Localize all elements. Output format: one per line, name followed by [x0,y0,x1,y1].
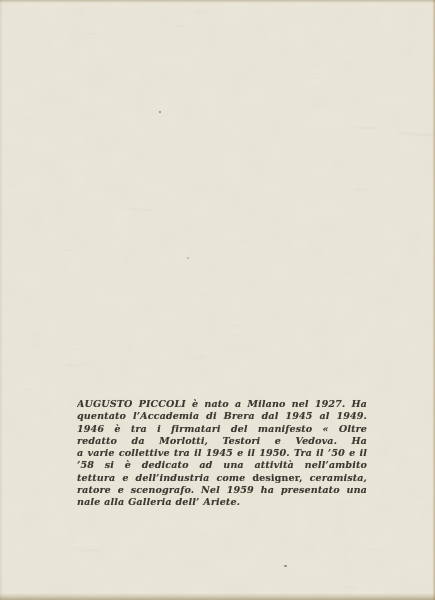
paper-speck [159,111,161,113]
biography-line: ’58 si è dedicato ad una attività nell’a… [77,460,367,472]
biography-line: 1946 è tra i firmatari del manifesto « O… [77,424,367,436]
paper-texture [0,0,435,600]
biography-line: redatto da Morlotti, Testori e Vedova. H… [77,436,367,448]
page-edge-left [0,0,3,600]
page-edge-top [0,0,435,3]
biography-paragraph: AUGUSTO PICCOLI è nato a Milano nel 1927… [77,399,367,509]
book-page: AUGUSTO PICCOLI è nato a Milano nel 1927… [0,0,435,600]
biography-line: nale alla Galleria dell’ Ariete. [77,497,367,509]
page-edge-bottom [0,593,435,600]
biography-line: ratore e scenografo. Nel 1959 ha present… [77,485,367,497]
paper-speck [284,565,287,567]
biography-line: a varie collettive tra il 1945 e il 1950… [77,448,367,460]
paper-speck [187,257,189,259]
biography-line: quentato l’Accademia di Brera dal 1945 a… [77,411,367,423]
biography-line-segment-roman: designer, [252,473,302,484]
biography-line-segment-italic: tettura e dell’industria come [77,473,252,484]
biography-line: tettura e dell’industria come designer, … [77,473,367,485]
biography-line: AUGUSTO PICCOLI è nato a Milano nel 1927… [77,399,367,411]
